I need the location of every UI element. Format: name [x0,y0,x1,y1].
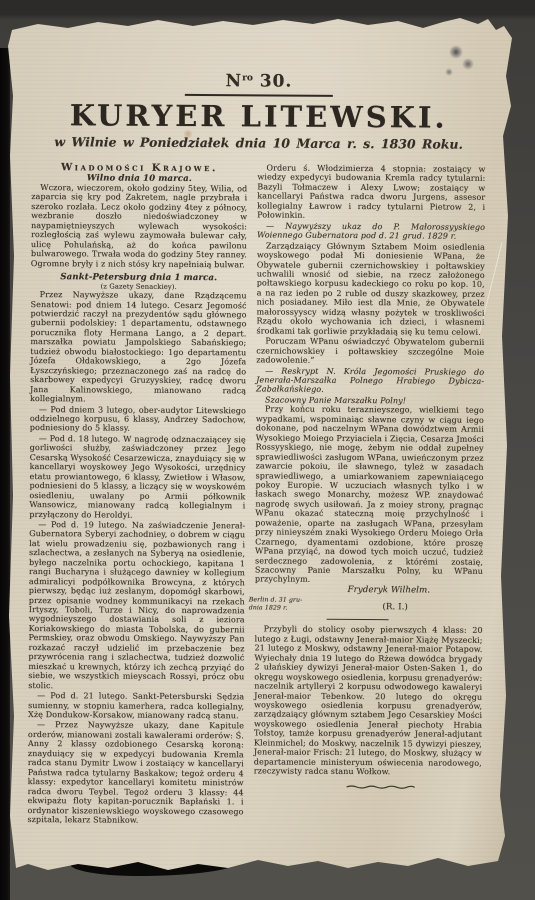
place-date-line: dnia 1829 r. [249,604,309,612]
ukaz-heading-paragraph: — Naywyższy ukaz do P. Małorossyyskiego … [257,221,485,241]
body-paragraph: — Pod dniem 3 lutego, ober-audytor Litew… [30,405,246,435]
body-paragraph: — Pod d. 21 lutego. Sankt-Petersburski S… [28,691,244,721]
body-paragraph: Zarządzaiący Głównym Sztabem Moim osiedl… [256,241,485,337]
newspaper-page: Nro 30. KURYER LITEWSKI. w Wilnie w Poni… [8,16,514,874]
left-column: Wiadomości Krajowe. Wilno dnia 10 marca.… [27,162,247,826]
arrivals-paragraph: Przybyli do stolicy osoby pierwszych 4 k… [254,625,483,778]
binding-shadow [0,48,10,900]
wilno-report-paragraph: Wczora, wieczorem, około godziny 5tey, W… [31,183,248,269]
scan-background: Nro 30. KURYER LITEWSKI. w Wilnie w Poni… [0,0,535,900]
page-content: Nro 30. KURYER LITEWSKI. w Wilnie w Poni… [27,70,486,827]
body-paragraph: — Przez Naywyższe ukazy, dane Kapitule o… [27,720,244,825]
body-paragraph: Poruczam WPanu oświadczyć Obywatelom gub… [256,337,484,367]
issue-rule [185,94,333,97]
issue-prefix: N [225,71,242,91]
body-paragraph: Przez Naywyższe ukazy, dane Rządzącemu S… [30,290,247,405]
body-paragraph: Orderu ś. Włodzimierza 4 stopnia: zostai… [257,163,485,221]
masthead-dateline: w Wilnie w Poniedziałek dnia 10 Marca r.… [32,134,486,152]
signature-note-row: Berlin d. 31 gru- dnia 1829 r. (R. I.) [255,595,483,620]
body-paragraph: — Pod d. 19 lutego. Na zaświadczenie Jen… [28,520,245,691]
rescript-heading: — Reskrypt N. Króla Jegomości Pruskiego … [256,366,484,396]
section-header: Wiadomości Krajowe. [31,162,247,174]
seal-mark: (R. I.) [382,604,408,614]
issue-superscript: ro [242,73,253,83]
masthead-title: KURYER LITEWSKI. [32,98,486,135]
body-paragraph: — Pod d. 18 lutego. W nagrodę odznaczaią… [29,434,246,520]
issue-number: Nro 30. [32,70,486,93]
issue-value: 30. [260,71,293,91]
end-rule [346,782,482,792]
columns: Wiadomości Krajowe. Wilno dnia 10 marca.… [27,162,485,827]
rescript-body-paragraph: Przy końcu roku teraznieyszego, wielkiem… [255,405,484,586]
place-date-note: Berlin d. 31 gru- dnia 1829 r. [249,597,309,612]
right-column: Orderu ś. Włodzimierza 4 stopnia: zostai… [253,163,485,827]
